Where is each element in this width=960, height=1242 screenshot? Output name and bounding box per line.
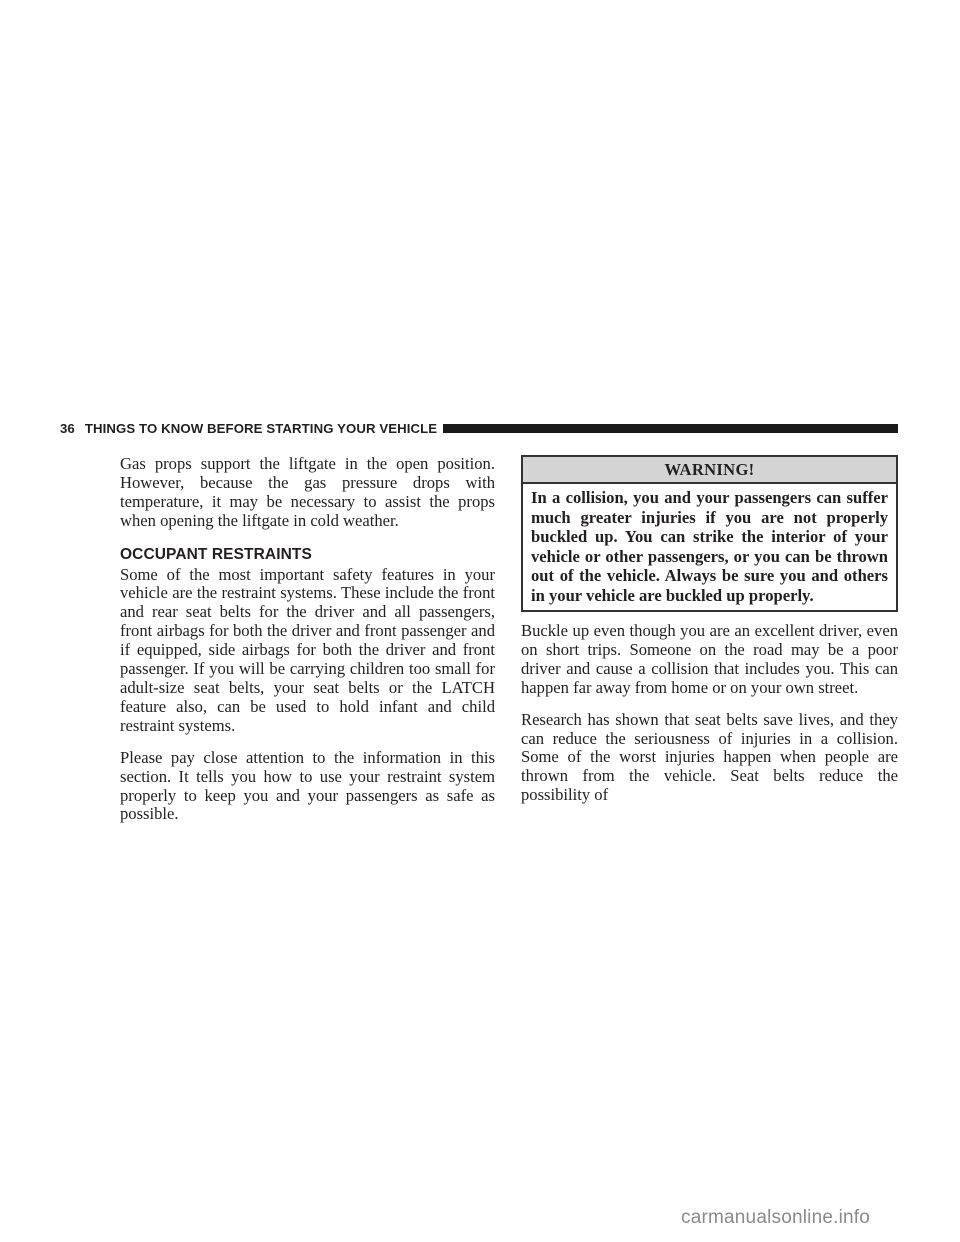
body-paragraph: Please pay close attention to the inform… — [120, 749, 495, 825]
left-column: Gas props support the liftgate in the op… — [120, 455, 495, 837]
body-paragraph: Research has shown that seat belts save … — [521, 711, 898, 806]
page-header: 36 THINGS TO KNOW BEFORE STARTING YOUR V… — [60, 418, 900, 438]
watermark: carmanualsonline.info — [681, 1207, 870, 1229]
section-title: THINGS TO KNOW BEFORE STARTING YOUR VEHI… — [85, 421, 437, 436]
warning-box: WARNING! In a collision, you and your pa… — [521, 455, 898, 612]
intro-paragraph: Gas props support the liftgate in the op… — [120, 455, 495, 531]
page-number: 36 — [60, 421, 75, 436]
warning-title: WARNING! — [523, 457, 896, 484]
body-paragraph: Buckle up even though you are an excelle… — [521, 622, 898, 698]
header-rule-bar — [443, 424, 898, 433]
warning-body: In a collision, you and your passengers … — [523, 484, 896, 610]
section-heading: OCCUPANT RESTRAINTS — [120, 546, 495, 565]
body-paragraph: Some of the most important safety featur… — [120, 566, 495, 736]
right-column: WARNING! In a collision, you and your pa… — [521, 455, 898, 818]
